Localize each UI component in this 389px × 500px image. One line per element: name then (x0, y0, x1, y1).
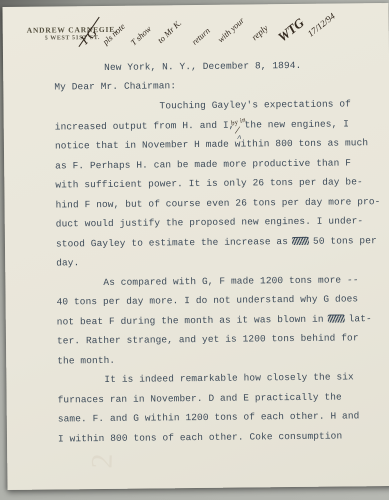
letter-page: ANDREW CARNEGIE, 5 WEST 51ST ST. I G pls… (2, 3, 389, 490)
letterhead-name: ANDREW CARNEGIE, (27, 25, 118, 35)
body-line: hind F now, but of course even 26 tons p… (55, 196, 380, 210)
body-line: same. F. and G within 1200 tons of each … (58, 410, 360, 424)
scribbled-out-word (292, 237, 309, 245)
body-line: furnaces ran in November. D and E practi… (58, 392, 342, 406)
handwritten-word: to Mr K. (155, 18, 183, 45)
handwritten-word: return (190, 25, 212, 46)
body-line: Touching Gayley's expectations of (159, 98, 351, 111)
handwritten-word: with your (215, 15, 246, 44)
embossed-watermark: 2 (86, 453, 120, 469)
body-line: I within 800 tons of each other. Coke co… (58, 431, 342, 445)
handwritten-date: 17/12/94 (306, 11, 337, 39)
body-line-text: increased output from H. and I, (55, 120, 235, 133)
body-line: as F. Perhaps H. can be made more produc… (55, 157, 351, 171)
body-line: notice that in November H made within 80… (55, 137, 368, 151)
body-line: stood Gayley to estimate the increase as… (56, 235, 377, 249)
salutation: My Dear Mr. Chairman: (54, 80, 176, 92)
handwritten-word: reply (250, 23, 270, 42)
body-line: increased output from H. and I,/by in^th… (55, 118, 349, 132)
body-line: ter. Rather strange, and yet is 1200 ton… (57, 332, 359, 346)
body-line: As compared with G, F made 1200 tons mor… (103, 274, 358, 288)
body-line: day. (56, 257, 79, 268)
body-line: It is indeed remarkable how closely the … (104, 371, 354, 385)
body-line: 40 tons per day more. I do not understan… (57, 293, 359, 307)
handwritten-initials: WTG (275, 15, 308, 46)
handwritten-word: T show (128, 24, 153, 48)
scanned-letter-photo: ANDREW CARNEGIE, 5 WEST 51ST ST. I G pls… (0, 0, 389, 500)
dateline: New York, N. Y., December 8, 1894. (104, 60, 301, 73)
body-line-text: 50 tons per (313, 235, 377, 247)
body-line-text: lat- (349, 313, 372, 324)
body-line: with sufficient power. It is only 26 ton… (55, 176, 363, 190)
scribbled-out-word (328, 314, 345, 322)
body-line-text: not beat F during the month as it was bl… (57, 314, 324, 328)
body-line-text: the new engines, I (245, 118, 350, 130)
body-line-text: stood Gayley to estimate the increase as (56, 236, 288, 249)
body-line: not beat F during the month as it was bl… (57, 313, 372, 327)
body-line: duct would justify the proposed new engi… (56, 215, 364, 229)
body-line: the month. (57, 355, 115, 367)
